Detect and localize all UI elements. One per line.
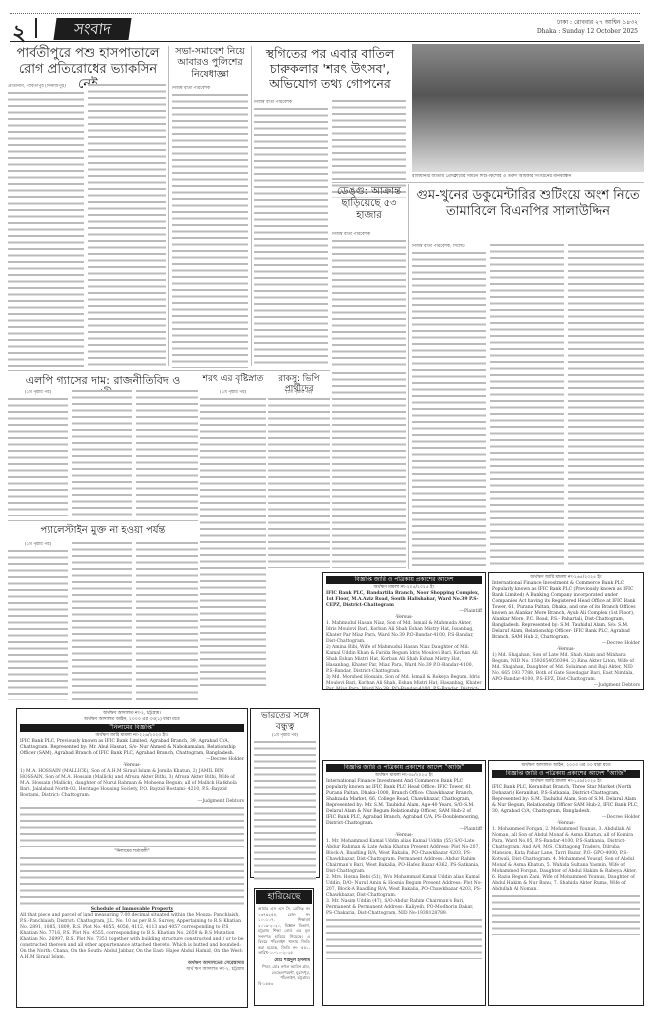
article-body-salahuddin-col2 — [490, 244, 564, 568]
notice-role-debtors: ---Judgment Debtors — [492, 683, 640, 689]
article-body-charukala-col2 — [332, 100, 406, 198]
article-body-salahuddin-col1 — [412, 252, 486, 568]
section-divider — [332, 182, 644, 183]
lost-notice-ad: হারিয়েছে আমার এস এস সি, রেজিঃ নং ১৩৭৬২৫… — [254, 888, 314, 1006]
legal-notice-chawkbazar: বিজ্ঞপ্তি জারি ও পত্রিকায় প্রকাশের আদেশ… — [322, 760, 486, 1006]
headline-sharat: শরৎ এর বৃষ্টিস্নাত — [200, 374, 266, 385]
byline-rally: নিজস্ব বার্তা পরিবেশক — [172, 86, 248, 93]
auction-plaintiff: IFIC Bank PLC, Previously known as IFIC … — [20, 739, 244, 757]
auction-footer: অর্থ ঋণ আদালত নং-২, চট্টগ্রাম — [20, 967, 244, 973]
notice-defendants: 1) Md. Shajahan, Son of Late Md. Shah Al… — [492, 653, 640, 683]
auction-terms-title: "নিলামের শর্তাবলী" — [20, 849, 244, 855]
headline-salahuddin: গুম-খুনের ডকুমেন্টারির শুটিংয়ে অংশ নিতে… — [412, 188, 644, 219]
headline-palestine: প্যালেস্টাইন মুক্ত না হওয়া পর্যন্ত — [8, 525, 198, 537]
notice-defendant: 2. Mrs. Hosna Bebi (51), W/o Mohammad Ka… — [326, 875, 482, 899]
newspaper-logo: সংবাদ — [53, 18, 131, 40]
continued-rakshu: (১ম পৃষ্ঠার পর) — [268, 390, 330, 397]
article-body-rally — [172, 94, 248, 368]
notice-plaintiff: International Finance Investment And Com… — [326, 779, 482, 827]
auction-notice-ad: অর্থঋণ আদালত নং-২, চট্টগ্রাম। অর্থঋণ আদা… — [16, 708, 248, 1008]
auction-terms-text — [20, 857, 244, 905]
headline-dengue: ডেঙ্গু: আক্রান্ত ছাড়িয়েছে ৫৩ হাজার — [332, 186, 406, 222]
article-body-lpgas-col2 — [72, 390, 132, 516]
column-divider — [251, 46, 252, 366]
news-photo-human-chain — [412, 44, 644, 172]
notice-defendant: 2) Amina Bibi, Wife of Mahmudul Hasan Ni… — [326, 645, 482, 675]
byline-charukala: নিজস্ব বার্তা পরিবেশক — [254, 100, 328, 107]
lost-notice-body: আমার এস এস সি, রেজিঃ নং ১৩৭৬২৫৪, রোল নং … — [256, 904, 312, 958]
auction-act: অর্থঋণ আদালত আইন, ২০০৩ এর ৩৩(১) ধারা মতে — [20, 717, 244, 723]
continued-lpgas: (১ম পৃষ্ঠার পর) — [8, 390, 68, 397]
continued-india: (১ম পৃষ্ঠার পর) — [251, 733, 319, 740]
page-number-divider — [35, 18, 37, 38]
column-divider — [408, 184, 409, 569]
section-divider — [8, 520, 198, 521]
article-body-charukala-col1 — [254, 108, 328, 368]
notice-act: অর্থঋণ আদালত আইন, ২০০৩ এর ৩৩ ধারা মতে — [492, 763, 640, 769]
continued-palestine: (১ম পৃষ্ঠার পর) — [8, 542, 68, 549]
masthead-rule — [10, 41, 640, 42]
notice-defendant: 1. Mr. Mohammad Kamal Uddin alias Kamal … — [326, 839, 482, 875]
photo-caption: রাজধানীর জাতীয় প্রেসক্লাবের সামনে শিশু-… — [412, 174, 644, 181]
article-body-sharat — [200, 398, 266, 688]
notice-body-text — [326, 919, 482, 959]
lost-notice-code: বি-১৫৫৩ — [256, 981, 312, 988]
headline-rally: সভা-সমাবেশ নিয়ে আবারও পুলিশের নিষেধাজ্ঞ… — [172, 46, 248, 80]
lost-notice-name: মোঃ শহিদুল ইসলাম — [256, 958, 312, 965]
notice-defendant: 1. Mahmudul Hasan Niaz, Son of Md. Ismai… — [326, 621, 482, 645]
article-body-palestine-col1 — [8, 550, 68, 700]
notice-banner: বিজ্ঞপ্তি জারি ও পত্রিকায় প্রকাশের আদেশ… — [492, 770, 640, 778]
article-body-salahuddin-col3 — [568, 244, 644, 568]
auction-role-debtors: ---Judgment Debtors — [20, 799, 244, 805]
continued-sharat: (১ম পৃষ্ঠার পর) — [200, 390, 266, 397]
top-dotted-rule — [10, 13, 640, 14]
article-body-rakshu — [268, 398, 330, 568]
article-body-parbatipur-col2 — [88, 84, 166, 368]
legal-notice-bandartila: বিজ্ঞপ্তি জারি ও পত্রিকায় প্রকাশের আদেশ… — [322, 572, 486, 690]
lost-notice-title: হারিয়েছে — [256, 890, 312, 904]
auction-schedule: All that piece and parcel of land measur… — [20, 913, 244, 961]
byline-parbatipur: প্রতিনিধি, পার্বতীপুর (দিনাজপুর) — [8, 84, 84, 91]
article-body-dengue-col1 — [332, 240, 406, 368]
date-bangla: ঢাকা : রোববার ২৭ আশ্বিন ১৪৩২ — [537, 18, 638, 27]
notice-plaintiff: International Finance Investment & Comme… — [492, 581, 640, 641]
date-english: Dhaka : Sunday 12 October 2025 — [537, 27, 638, 36]
lost-notice-address: পিতা, মোঃ রুহুল আমিন গ্রাম, ডেভেলপমেন্ট,… — [256, 964, 312, 981]
notice-plaintiff: IFIC Bank PLC, Keranihat Branch, Three S… — [492, 785, 640, 815]
article-body-lpgas-col1 — [8, 398, 68, 516]
article-body-india — [254, 741, 316, 881]
legal-notice-alankar: অর্থঋণ জারি মামলা নং-২৬৫/২০২৫ ইং Interna… — [488, 572, 644, 690]
headline-charukala: স্থগিতের পর এবার বাতিল চারুকলার 'শরৎ উৎস… — [252, 46, 408, 91]
article-body-parbatipur-col1 — [8, 92, 84, 368]
auction-body-text — [20, 807, 244, 847]
section-divider — [8, 370, 330, 371]
article-body-palestine-col3 — [136, 542, 198, 700]
notice-defendant: 3. Mr. Nasim Uddin (47), S/O-Abdur Rahim… — [326, 899, 482, 917]
auction-banner: "নিলামের বিজ্ঞপ্তি" — [20, 724, 244, 732]
notice-plaintiff: IFIC Bank PLC, Bandartila Branch, Noor S… — [326, 591, 482, 609]
column-divider — [168, 46, 169, 366]
notice-banner: বিজ্ঞপ্তি জারি ও পত্রিকায় প্রকাশের আদেশ… — [326, 764, 482, 772]
auction-defendants: 1) M.A. HOSSAIN (MALLICK), Son of A.H.M … — [20, 769, 244, 799]
article-body-lpgas-col3 — [136, 390, 198, 516]
notice-body-text — [492, 895, 640, 935]
india-article-box: ভারতের সঙ্গে বন্ধুত্ব (১ম পৃষ্ঠার পর) — [250, 708, 320, 878]
dateline: ঢাকা : রোববার ২৭ আশ্বিন ১৪৩২ Dhaka : Sun… — [537, 18, 638, 36]
notice-defendants: 1. Mohammed Forqan, 2. Mohammed Younus, … — [492, 827, 640, 893]
article-body-palestine-col2 — [72, 542, 132, 700]
notice-banner: বিজ্ঞপ্তি জারি ও পত্রিকায় প্রকাশের আদেশ — [326, 576, 482, 584]
legal-notice-keranihat: অর্থঋণ আদালত আইন, ২০০৩ এর ৩৩ ধারা মতে বি… — [488, 760, 644, 1006]
article-body-dengue-col2 — [332, 372, 406, 568]
notice-defendant: 3) Md. Morshed Hossain, Son of Md. Ismai… — [326, 675, 482, 690]
headline-india: ভারতের সঙ্গে বন্ধুত্ব — [251, 711, 319, 733]
byline-dengue: নিজস্ব বার্তা পরিবেশক — [332, 232, 406, 239]
byline-salahuddin: নিজস্ব বার্তা পরিবেশক, সিলেট — [412, 244, 486, 251]
